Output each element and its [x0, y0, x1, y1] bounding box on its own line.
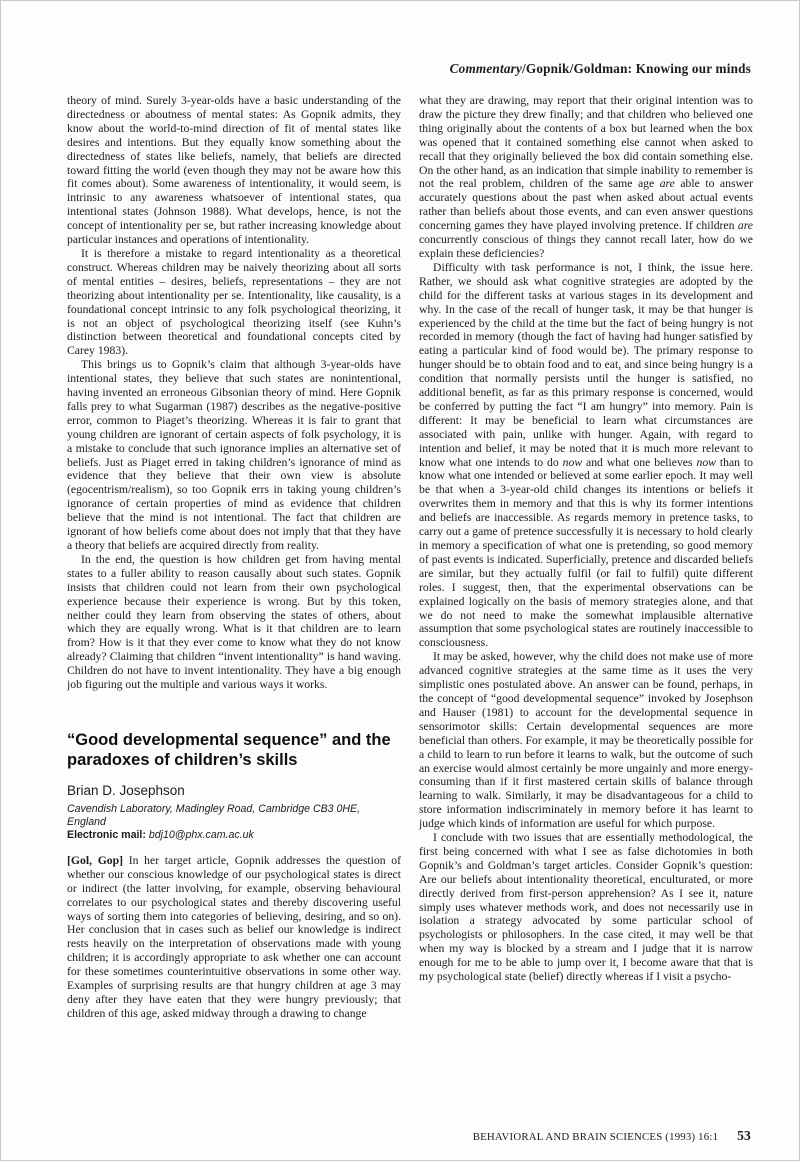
page-number: 53	[737, 1128, 751, 1143]
paragraph: what they are drawing, may report that t…	[419, 94, 753, 261]
author-affiliation: Cavendish Laboratory, Madingley Road, Ca…	[67, 803, 401, 829]
journal-page: Commentary/Gopnik/Goldman: Knowing our m…	[0, 0, 800, 1161]
previous-commentary-continuation: theory of mind. Surely 3-year-olds have …	[67, 94, 401, 692]
commentary-body-right: what they are drawing, may report that t…	[419, 94, 753, 984]
paragraph: It is therefore a mistake to regard inte…	[67, 247, 401, 358]
text-columns: theory of mind. Surely 3-year-olds have …	[67, 94, 753, 1086]
paragraph: This brings us to Gopnik’s claim that al…	[67, 358, 401, 553]
left-column: theory of mind. Surely 3-year-olds have …	[67, 94, 401, 1086]
commentary-body-left: [Gol, Gop] In her target article, Gopnik…	[67, 854, 401, 1021]
paragraph: In the end, the question is how children…	[67, 553, 401, 692]
paragraph: It may be asked, however, why the child …	[419, 650, 753, 831]
journal-citation: BEHAVIORAL AND BRAIN SCIENCES (1993) 16:…	[473, 1131, 718, 1143]
paragraph: Difficulty with task performance is not,…	[419, 261, 753, 650]
paragraph: [Gol, Gop] In her target article, Gopnik…	[67, 854, 401, 1021]
page-footer: BEHAVIORAL AND BRAIN SCIENCES (1993) 16:…	[473, 1128, 751, 1144]
paragraph: I conclude with two issues that are esse…	[419, 831, 753, 984]
email-line: Electronic mail: bdj10@phx.cam.ac.uk	[67, 829, 401, 842]
commentary-title: “Good developmental sequence” and the pa…	[67, 730, 401, 770]
email-address: bdj10@phx.cam.ac.uk	[149, 829, 254, 841]
paragraph: theory of mind. Surely 3-year-olds have …	[67, 94, 401, 247]
email-label: Electronic mail:	[67, 829, 146, 841]
author-name: Brian D. Josephson	[67, 784, 401, 798]
running-head: Commentary/Gopnik/Goldman: Knowing our m…	[450, 61, 751, 77]
right-column: what they are drawing, may report that t…	[419, 94, 753, 1086]
